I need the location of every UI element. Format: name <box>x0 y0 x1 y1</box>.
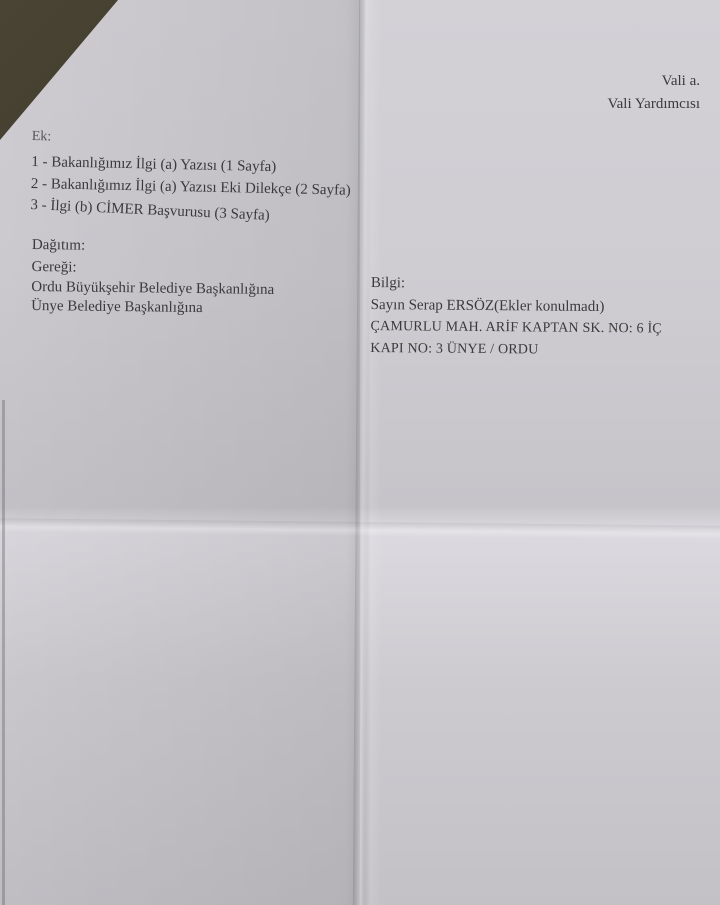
address-line: KAPI NO: 3 ÜNYE / ORDU <box>370 338 662 363</box>
information-section: Bilgi: Sayın Serap ERSÖZ(Ekler konulmadı… <box>370 272 662 363</box>
action-label: Gereği: <box>31 256 274 281</box>
page-edge <box>2 400 5 905</box>
signature-line-2: Vali Yardımcısı <box>607 93 700 116</box>
distribution-section: Dağıtım: Gereği: Ordu Büyükşehir Belediy… <box>31 234 275 319</box>
information-label: Bilgi: <box>371 272 663 297</box>
address-line: ÇAMURLU MAH. ARİF KAPTAN SK. NO: 6 İÇ <box>370 316 662 341</box>
document-page: Vali a. Vali Yardımcısı Ek: 1 - Bakanlığ… <box>0 0 720 905</box>
information-recipient: Sayın Serap ERSÖZ(Ekler konulmadı) <box>371 294 663 319</box>
distribution-label: Dağıtım: <box>32 234 275 259</box>
attachments-section: Ek: 1 - Bakanlığımız İlgi (a) Yazısı (1 … <box>30 128 352 223</box>
signature-line-1: Vali a. <box>607 70 700 93</box>
attachments-list: 1 - Bakanlığımız İlgi (a) Yazısı (1 Sayf… <box>30 152 351 223</box>
recipient-item: Ünye Belediye Başkanlığına <box>31 297 274 319</box>
signature-block: Vali a. Vali Yardımcısı <box>607 70 700 116</box>
action-recipients-list: Ordu Büyükşehir Belediye Başkanlığına Ün… <box>31 278 274 319</box>
